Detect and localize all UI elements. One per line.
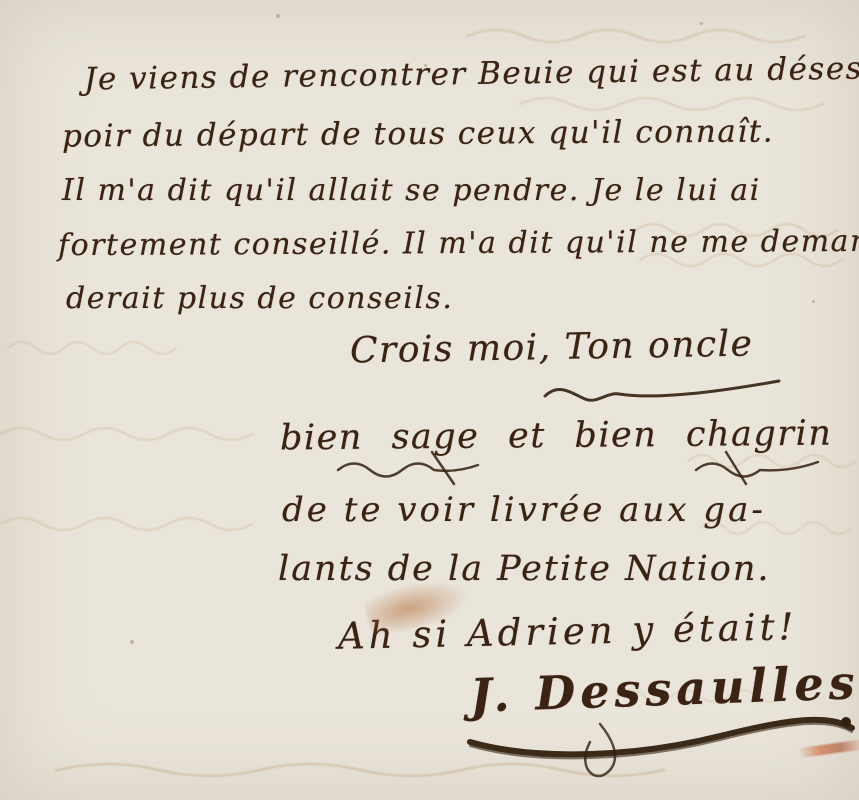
- letter-line-10: Ah si Adrien y était!: [338, 605, 798, 658]
- paper-sheet: Je viens de rencontrer Beuie qui est au …: [0, 0, 859, 800]
- letter-line-8: de te voir livrée aux ga-: [282, 490, 766, 530]
- foxing-speck: [700, 22, 703, 25]
- foxing-speck: [812, 300, 815, 303]
- foxing-speck: [276, 14, 280, 18]
- letter-line-1: Je viens de rencontrer Beuie qui est au …: [84, 51, 859, 98]
- signature: J. Dessaulles: [469, 655, 859, 723]
- letter-line-4: fortement conseillé. Il m'a dit qu'il ne…: [58, 224, 859, 263]
- letter-line-5: derait plus de conseils.: [66, 281, 453, 316]
- red-stain: [798, 740, 859, 759]
- letter-line-7: bien sage et bien chagrin: [280, 414, 833, 459]
- foxing-speck: [130, 640, 134, 644]
- letter-closing-line: Crois moi, Ton oncle: [350, 323, 754, 371]
- letter-line-3: Il m'a dit qu'il allait se pendre. Je le…: [62, 173, 761, 208]
- letter-line-9: lants de la Petite Nation.: [278, 549, 771, 589]
- signature-end-dot: [841, 717, 851, 727]
- letter-line-2: poir du départ de tous ceux qu'il connaî…: [62, 114, 774, 155]
